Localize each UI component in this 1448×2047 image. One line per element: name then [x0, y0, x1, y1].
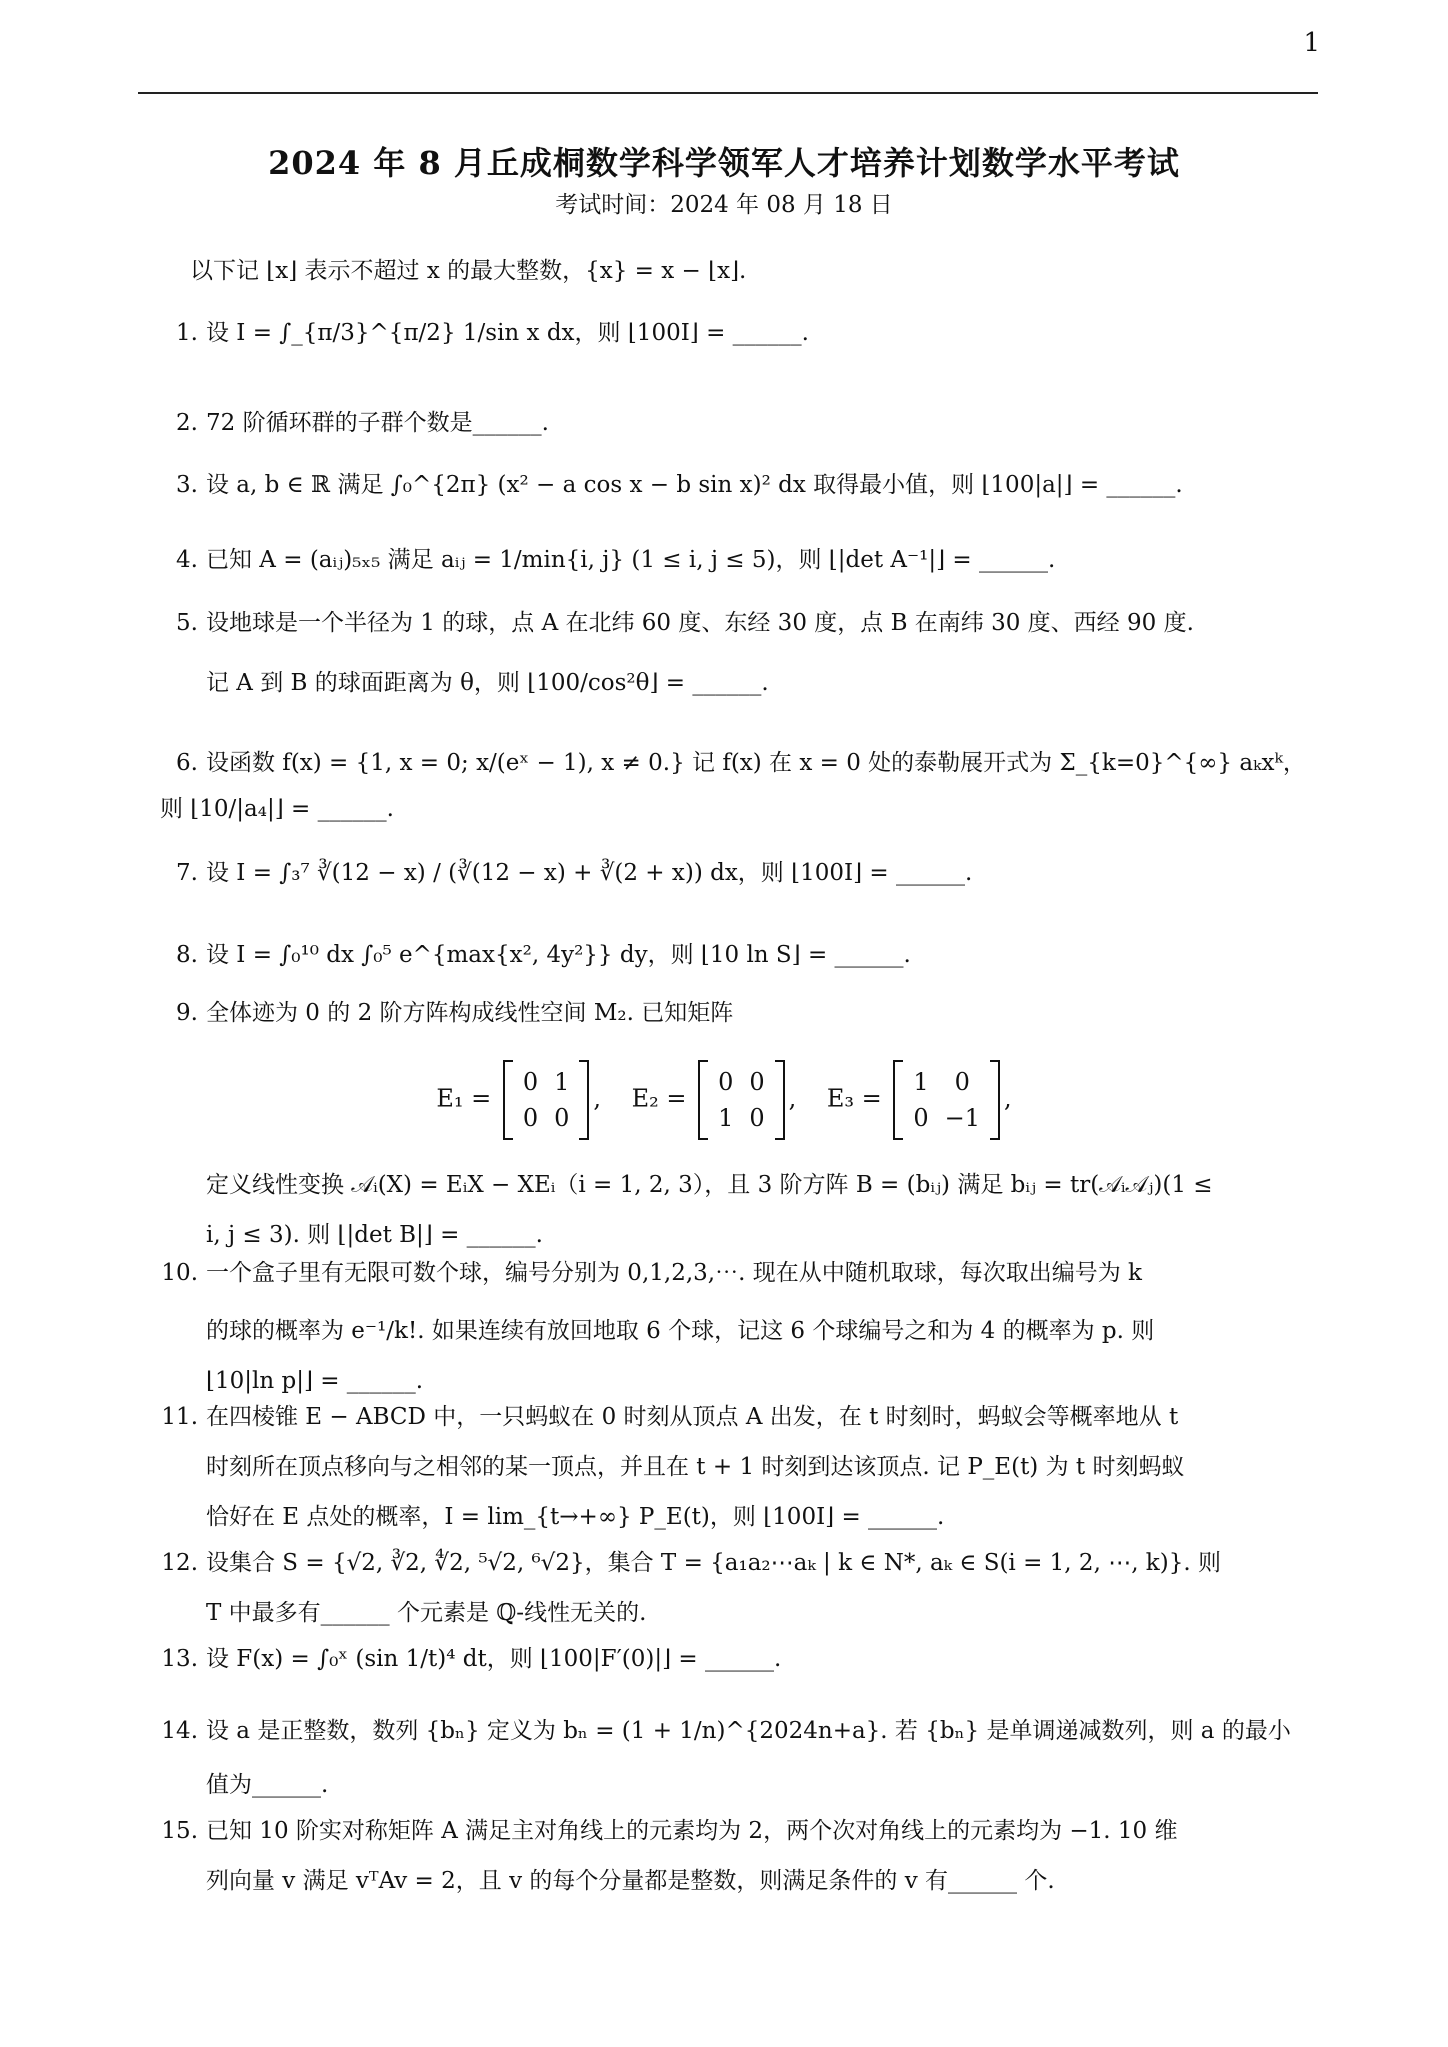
question-number: 1. [160, 310, 198, 356]
question-text: 设 F(x) = ∫₀ˣ (sin 1/t)⁴ dt，则 ⌊100|F′(0)|… [206, 1646, 781, 1672]
matrix-e1: 01 00 [503, 1060, 590, 1140]
question-line: 设 a 是正整数，数列 {bₙ} 定义为 bₙ = (1 + 1/n)^{202… [206, 1718, 1291, 1744]
matrix-cell: 1 [905, 1064, 936, 1100]
question-number: 2. [160, 400, 198, 446]
page-number: 1 [1303, 28, 1320, 58]
question-line: 设集合 S = {√2, ∛2, ∜2, ⁵√2, ⁶√2}，集合 T = {a… [206, 1550, 1221, 1576]
question-text: 设 I = ∫_{π/3}^{π/2} 1/sin x dx，则 ⌊100I⌋ … [206, 320, 809, 346]
question-line: 恰好在 E 点处的概率，I = lim_{t→+∞} P_E(t)，则 ⌊100… [150, 1494, 1310, 1540]
question-line: T 中最多有______ 个元素是 ℚ-线性无关的. [150, 1590, 1310, 1636]
question-line: 的球的概率为 e⁻¹/k!. 如果连续有放回地取 6 个球，记这 6 个球编号之… [150, 1308, 1310, 1354]
question-line: 记 A 到 B 的球面距离为 θ，则 ⌊100/cos²θ⌋ = ______. [160, 660, 1320, 706]
matrix-cell: 1 [710, 1100, 741, 1136]
question-number: 5. [160, 600, 198, 646]
exam-date: 考试时间：2024 年 08 月 18 日 [0, 186, 1448, 219]
matrix-label: E₁ [436, 1085, 463, 1113]
question-number: 11. [150, 1394, 198, 1440]
question-text: 设函数 f(x) = {1, x = 0; x/(eˣ − 1), x ≠ 0.… [160, 750, 1306, 822]
matrix-cell: 1 [546, 1064, 577, 1100]
question-1: 1.设 I = ∫_{π/3}^{π/2} 1/sin x dx，则 ⌊100I… [160, 310, 1320, 356]
question-number: 12. [150, 1540, 198, 1586]
question-text: 设 I = ∫₃⁷ ∛(12 − x) / (∛(12 − x) + ∛(2 +… [206, 860, 972, 886]
question-number: 6. [160, 740, 198, 786]
matrix-cell: 0 [515, 1100, 546, 1136]
question-line: 全体迹为 0 的 2 阶方阵构成线性空间 M₂. 已知矩阵 [206, 1000, 733, 1026]
question-number: 14. [150, 1708, 198, 1754]
question-8: 8.设 I = ∫₀¹⁰ dx ∫₀⁵ e^{max{x², 4y²}} dy，… [160, 932, 1320, 978]
matrix-cell: 0 [741, 1100, 772, 1136]
matrix-cell: 0 [937, 1064, 988, 1100]
question-number: 9. [160, 990, 198, 1036]
question-10: 10.一个盒子里有无限可数个球，编号分别为 0,1,2,3,⋯. 现在从中随机取… [150, 1250, 1310, 1404]
question-number: 4. [160, 537, 198, 583]
matrix-e3: 10 0−1 [893, 1060, 1000, 1140]
matrix-cell: 0 [515, 1064, 546, 1100]
question-text: 已知 A = (aᵢⱼ)₅ₓ₅ 满足 aᵢⱼ = 1/min{i, j} (1 … [206, 547, 1055, 573]
matrix-cell: −1 [937, 1100, 988, 1136]
question-number: 13. [150, 1636, 198, 1682]
question-7: 7.设 I = ∫₃⁷ ∛(12 − x) / (∛(12 − x) + ∛(2… [160, 850, 1320, 896]
question-14: 14.设 a 是正整数，数列 {bₙ} 定义为 bₙ = (1 + 1/n)^{… [150, 1708, 1310, 1808]
question-line: 列向量 v 满足 vᵀAv = 2，且 v 的每个分量都是整数，则满足条件的 v… [150, 1858, 1310, 1904]
question-text: 72 阶循环群的子群个数是______. [206, 410, 549, 436]
question-9-continued: 定义线性变换 𝒜ᵢ(X) = EᵢX − XEᵢ（i = 1, 2, 3），且 … [160, 1162, 1320, 1258]
matrix-cell: 0 [741, 1064, 772, 1100]
question-11: 11.在四棱锥 E − ABCD 中，一只蚂蚁在 0 时刻从顶点 A 出发，在 … [150, 1394, 1310, 1540]
question-number: 8. [160, 932, 198, 978]
question-9: 9.全体迹为 0 的 2 阶方阵构成线性空间 M₂. 已知矩阵 [160, 990, 1320, 1036]
question-text: 设 I = ∫₀¹⁰ dx ∫₀⁵ e^{max{x², 4y²}} dy，则 … [206, 942, 911, 968]
question-line: 在四棱锥 E − ABCD 中，一只蚂蚁在 0 时刻从顶点 A 出发，在 t 时… [206, 1404, 1178, 1430]
question-line: 已知 10 阶实对称矩阵 A 满足主对角线上的元素均为 2，两个次对角线上的元素… [206, 1818, 1177, 1844]
header-rule [138, 92, 1318, 94]
question-number: 3. [160, 462, 198, 508]
question-line: 定义线性变换 𝒜ᵢ(X) = EᵢX − XEᵢ（i = 1, 2, 3），且 … [160, 1162, 1320, 1208]
question-6: 6.设函数 f(x) = {1, x = 0; x/(eˣ − 1), x ≠ … [160, 740, 1320, 832]
matrix-cell: 0 [905, 1100, 936, 1136]
question-5: 5.设地球是一个半径为 1 的球，点 A 在北纬 60 度、东经 30 度，点 … [160, 600, 1320, 706]
question-4: 4.已知 A = (aᵢⱼ)₅ₓ₅ 满足 aᵢⱼ = 1/min{i, j} (… [160, 537, 1320, 583]
question-number: 10. [150, 1250, 198, 1296]
question-13: 13.设 F(x) = ∫₀ˣ (sin 1/t)⁴ dt，则 ⌊100|F′(… [150, 1636, 1310, 1682]
question-12: 12.设集合 S = {√2, ∛2, ∜2, ⁵√2, ⁶√2}，集合 T =… [150, 1540, 1310, 1636]
matrix-label: E₃ [827, 1085, 854, 1113]
question-number: 15. [150, 1808, 198, 1854]
matrix-e2: 00 10 [698, 1060, 785, 1140]
question-number: 7. [160, 850, 198, 896]
question-15: 15.已知 10 阶实对称矩阵 A 满足主对角线上的元素均为 2，两个次对角线上… [150, 1808, 1310, 1904]
matrix-label: E₂ [632, 1085, 659, 1113]
question-2: 2.72 阶循环群的子群个数是______. [160, 400, 1320, 446]
matrix-cell: 0 [710, 1064, 741, 1100]
question-line: 值为______. [150, 1762, 1310, 1808]
question-line: 时刻所在顶点移向与之相邻的某一顶点，并且在 t + 1 时刻到达该顶点. 记 P… [150, 1444, 1310, 1490]
question-text: 设 a, b ∈ ℝ 满足 ∫₀^{2π} (x² − a cos x − b … [206, 472, 1183, 498]
matrix-row: E₁ = 01 00 , E₂ = 00 10 , E₃ = 10 0−1 , [0, 1060, 1448, 1140]
question-line: 设地球是一个半径为 1 的球，点 A 在北纬 60 度、东经 30 度，点 B … [206, 610, 1194, 636]
question-line: 一个盒子里有无限可数个球，编号分别为 0,1,2,3,⋯. 现在从中随机取球，每… [206, 1260, 1142, 1286]
notation-intro: 以下记 ⌊x⌋ 表示不超过 x 的最大整数，{x} = x − ⌊x⌋. [190, 252, 746, 285]
question-3: 3.设 a, b ∈ ℝ 满足 ∫₀^{2π} (x² − a cos x − … [160, 462, 1320, 508]
page-title: 2024 年 8 月丘成桐数学科学领军人才培养计划数学水平考试 [0, 138, 1448, 184]
matrix-cell: 0 [546, 1100, 577, 1136]
